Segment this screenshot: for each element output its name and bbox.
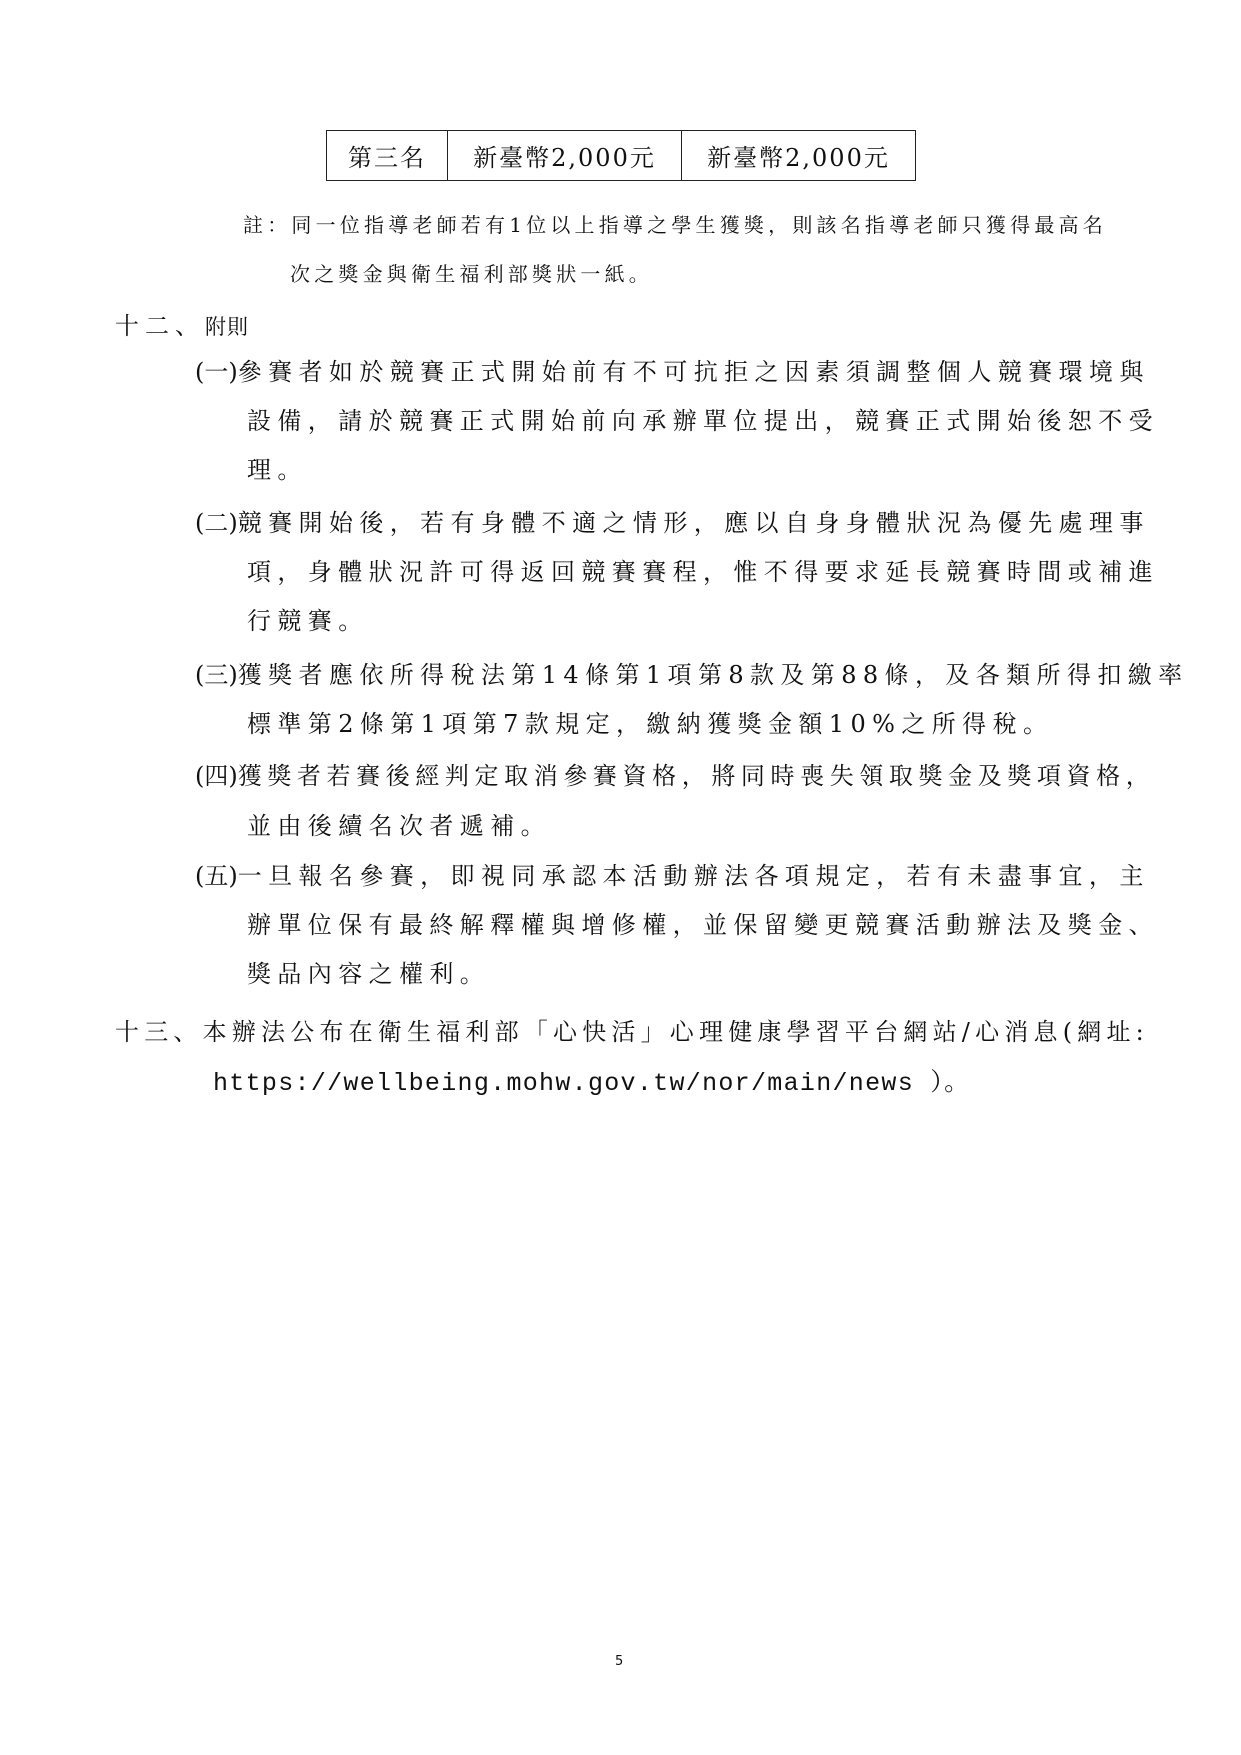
list-item: (五)一旦報名參賽，即視同承認本活動辦法各項規定，若有未盡事宜，主	[195, 856, 1150, 891]
item-continuation: 並由後續名次者遞補。	[247, 806, 551, 841]
section-12-heading: 十二、附則	[115, 306, 249, 341]
list-item: (三)獲獎者應依所得稅法第14條第1項第8款及第88條，及各類所得扣繳率	[195, 655, 1189, 690]
item-text: 獲獎者若賽後經判定取消參賽資格，將同時喪失領取獎金及獎項資格，	[238, 762, 1156, 790]
item-continuation: 獎品內容之權利。	[247, 954, 490, 989]
item-number: (一)	[195, 358, 238, 386]
section-title: 附則	[205, 315, 249, 339]
section-number: 十三、	[115, 1018, 203, 1046]
list-item: (二)競賽開始後，若有身體不適之情形，應以自身身體狀況為優先處理事	[195, 503, 1150, 538]
note-line-1: 註：同一位指導老師若有1位以上指導之學生獲獎，則該名指導老師只獲得最高名	[243, 209, 1107, 238]
item-continuation: 辦單位保有最終解釋權與增修權，並保留變更競賽活動辦法及獎金、	[247, 905, 1159, 940]
item-number: (五)	[195, 862, 238, 890]
section-number: 十二、	[115, 312, 205, 340]
item-number: (四)	[195, 762, 238, 790]
rank-cell: 第三名	[327, 131, 448, 181]
news-url-link[interactable]: https://wellbeing.mohw.gov.tw/nor/main/n…	[213, 1062, 970, 1098]
item-text: 競賽開始後，若有身體不適之情形，應以自身身體狀況為優先處理事	[238, 509, 1150, 537]
section-13-heading: 十三、本辦法公布在衛生福利部「心快活」心理健康學習平台網站/心消息(網址:	[115, 1012, 1149, 1047]
item-text: 一旦報名參賽，即視同承認本活動辦法各項規定，若有未盡事宜，主	[238, 862, 1150, 890]
prize-cell: 新臺幣2,000元	[682, 131, 916, 181]
list-item: (一)參賽者如於競賽正式開始前有不可抗拒之因素須調整個人競賽環境與	[195, 352, 1150, 387]
item-text: 參賽者如於競賽正式開始前有不可抗拒之因素須調整個人競賽環境與	[238, 358, 1150, 386]
table-row: 第三名 新臺幣2,000元 新臺幣2,000元	[327, 131, 916, 181]
page-number: 5	[615, 1654, 623, 1669]
item-text: 獲獎者應依所得稅法第14條第1項第8款及第88條，及各類所得扣繳率	[238, 661, 1189, 689]
item-number: (二)	[195, 509, 238, 537]
section-text: 本辦法公布在衛生福利部「心快活」心理健康學習平台網站/心消息(網址:	[203, 1018, 1149, 1046]
item-continuation: 項，身體狀況許可得返回競賽賽程，惟不得要求延長競賽時間或補進	[247, 552, 1159, 587]
item-continuation: 理。	[247, 450, 308, 485]
item-number: (三)	[195, 661, 238, 689]
note-line-2: 次之獎金與衛生福利部獎狀一紙。	[290, 258, 653, 287]
prize-cell: 新臺幣2,000元	[448, 131, 682, 181]
item-continuation: 設備，請於競賽正式開始前向承辦單位提出，競賽正式開始後恕不受	[247, 401, 1159, 436]
prize-table: 第三名 新臺幣2,000元 新臺幣2,000元	[326, 130, 916, 181]
item-continuation: 行競賽。	[247, 601, 369, 636]
item-continuation: 標準第2條第1項第7款規定，繳納獲獎金額10%之所得稅。	[247, 704, 1053, 739]
list-item: (四)獲獎者若賽後經判定取消參賽資格，將同時喪失領取獎金及獎項資格，	[195, 756, 1155, 791]
